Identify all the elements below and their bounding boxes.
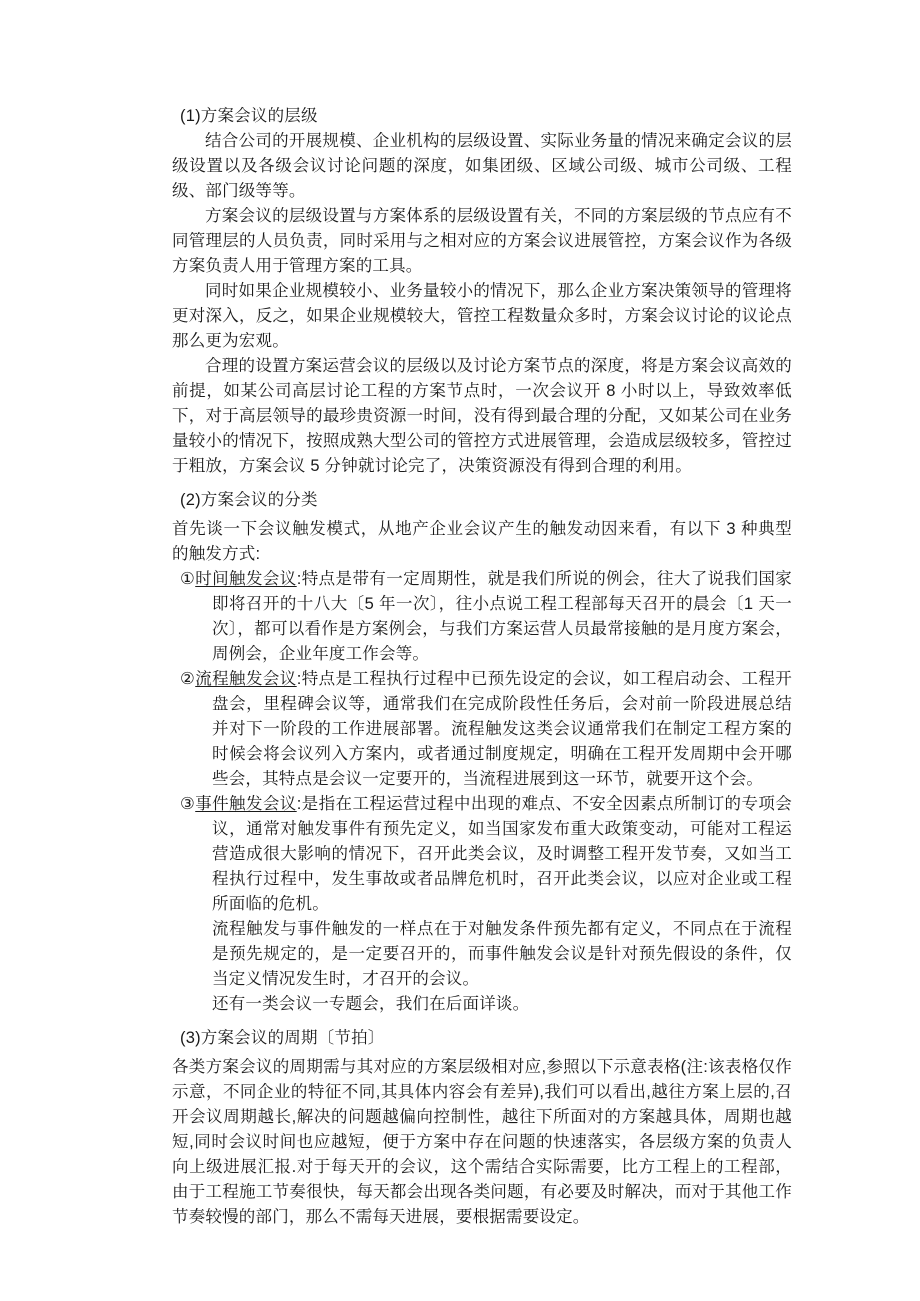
paragraph: 流程触发与事件触发的一样点在于对触发条件预先都有定义，不同点在于流程是预先规定的… bbox=[172, 917, 792, 992]
list-item: ③事件触发会议:是指在工程运营过程中出现的难点、不安全因素点所制订的专项会议，通… bbox=[172, 792, 792, 917]
list-item: ②流程触发会议:特点是工程执行过程中已预先设定的会议，如工程启动会、工程开盘会，… bbox=[172, 667, 792, 792]
paragraph: 还有一类会议一专题会，我们在后面详谈。 bbox=[172, 992, 792, 1017]
list-marker: ② bbox=[180, 670, 195, 688]
list-item: ①时间触发会议:特点是带有一定周期性，就是我们所说的例会，往大了说我们国家即将召… bbox=[172, 567, 792, 667]
section-3-heading: (3)方案会议的周期〔节拍〕 bbox=[172, 1026, 792, 1051]
document-body: (1)方案会议的层级 结合公司的开展规模、企业机构的层级设置、实际业务量的情况来… bbox=[172, 104, 792, 1230]
paragraph: 结合公司的开展规模、企业机构的层级设置、实际业务量的情况来确定会议的层级设置以及… bbox=[172, 129, 792, 204]
list-term-underlined: 事件触发会议 bbox=[195, 795, 296, 813]
list-item-text: :特点是工程执行过程中已预先设定的会议，如工程启动会、工程开盘会，里程碑会议等，… bbox=[212, 670, 792, 788]
section-1-heading: (1)方案会议的层级 bbox=[172, 104, 792, 129]
paragraph: 同时如果企业规模较小、业务量较小的情况下，那么企业方案决策领导的管理将更对深入，… bbox=[172, 279, 792, 354]
list-marker: ① bbox=[180, 570, 195, 588]
paragraph: 合理的设置方案运营会议的层级以及讨论方案节点的深度，将是方案会议高效的前提，如某… bbox=[172, 354, 792, 479]
list-item-text: :是指在工程运营过程中出现的难点、不安全因素点所制订的专项会议，通常对触发事件有… bbox=[212, 795, 792, 913]
paragraph: 各类方案会议的周期需与其对应的方案层级相对应,参照以下示意表格(注:该表格仅作示… bbox=[172, 1055, 792, 1230]
section-2-heading: (2)方案会议的分类 bbox=[172, 488, 792, 513]
document-page: (1)方案会议的层级 结合公司的开展规模、企业机构的层级设置、实际业务量的情况来… bbox=[0, 0, 920, 1301]
list-item-text: :特点是带有一定周期性，就是我们所说的例会，往大了说我们国家即将召开的十八大〔5… bbox=[212, 570, 792, 663]
list-term-underlined: 流程触发会议 bbox=[195, 670, 296, 688]
paragraph: 方案会议的层级设置与方案体系的层级设置有关，不同的方案层级的节点应有不同管理层的… bbox=[172, 204, 792, 279]
paragraph: 首先谈一下会议触发模式，从地产企业会议产生的触发动因来看，有以下 3 种典型的触… bbox=[172, 517, 792, 567]
list-marker: ③ bbox=[180, 795, 195, 813]
list-term-underlined: 时间触发会议 bbox=[195, 570, 296, 588]
